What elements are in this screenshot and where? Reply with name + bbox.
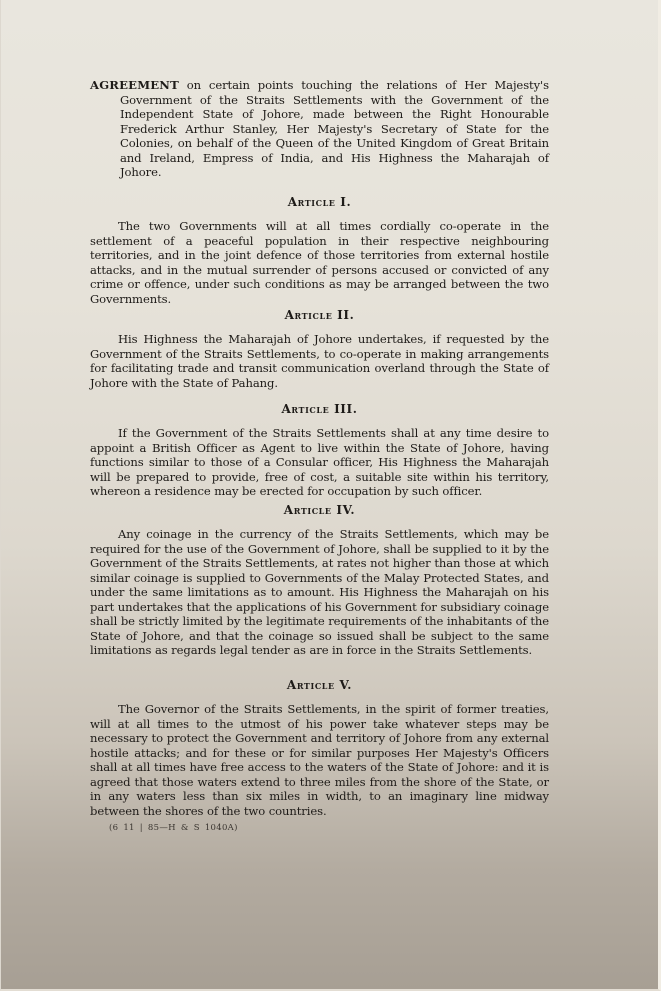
preamble-paragraph: AGREEMENT on certain points touching the… bbox=[90, 78, 549, 180]
article-heading: Article IV. bbox=[90, 503, 549, 517]
article-2: Article II. His Highness the Maharajah o… bbox=[90, 308, 549, 390]
preamble-text: on certain points touching the relations… bbox=[120, 78, 549, 179]
printer-code: (6 11 | 85—H & S 1040A) bbox=[109, 823, 238, 833]
article-heading: Article V. bbox=[90, 678, 549, 692]
article-5: Article V. The Governor of the Straits S… bbox=[90, 678, 549, 818]
article-body: The two Governments will at all times co… bbox=[90, 219, 549, 306]
article-body: Any coinage in the currency of the Strai… bbox=[90, 527, 549, 658]
article-heading: Article III. bbox=[90, 402, 549, 416]
article-heading: Article II. bbox=[90, 308, 549, 322]
article-4: Article IV. Any coinage in the currency … bbox=[90, 503, 549, 658]
article-body: His Highness the Maharajah of Johore und… bbox=[90, 332, 549, 390]
document-page: AGREEMENT on certain points touching the… bbox=[0, 0, 661, 991]
agreement-preamble: AGREEMENT on certain points touching the… bbox=[90, 78, 549, 180]
agreement-title: AGREEMENT bbox=[90, 78, 179, 92]
article-heading: Article I. bbox=[90, 195, 549, 209]
article-1: Article I. The two Governments will at a… bbox=[90, 195, 549, 306]
article-body: The Governor of the Straits Settlements,… bbox=[90, 702, 549, 818]
article-3: Article III. If the Government of the St… bbox=[90, 402, 549, 499]
article-body: If the Government of the Straits Settlem… bbox=[90, 426, 549, 499]
